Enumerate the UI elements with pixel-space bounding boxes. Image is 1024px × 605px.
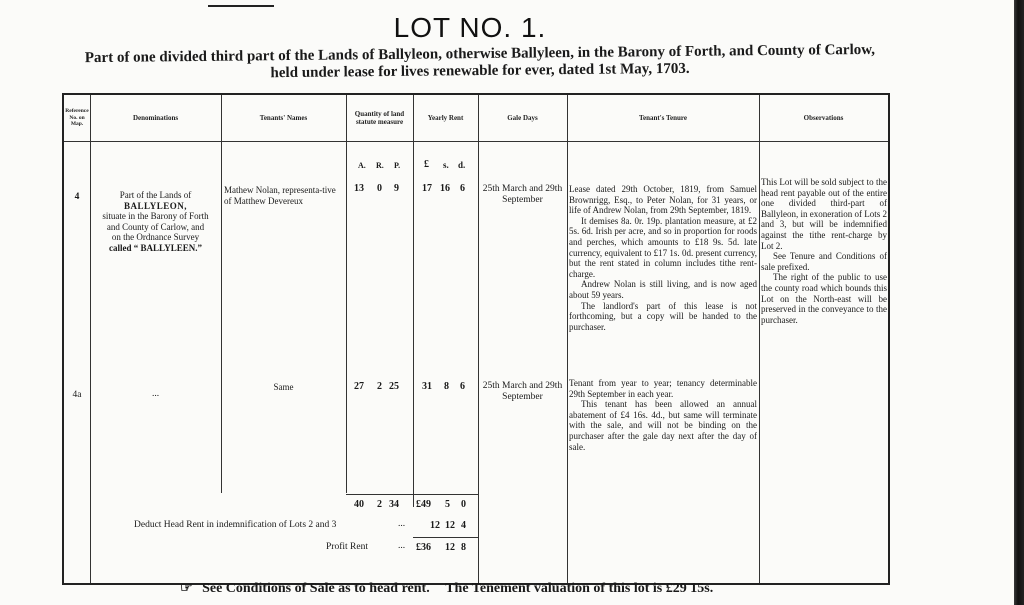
row2-rent-pounds: 31 xyxy=(422,381,432,392)
deduct-label: Deduct Head Rent in indemnification of L… xyxy=(134,520,336,531)
top-rule xyxy=(208,5,274,7)
header-gale: Gale Days xyxy=(478,95,567,141)
deduct-rent-shillings: 12 xyxy=(445,520,455,531)
profit-dots: ... xyxy=(398,541,405,552)
col-divider xyxy=(90,95,91,583)
header-tenure: Tenant's Tenure xyxy=(567,95,759,141)
lot-subtitle: Part of one divided third part of the La… xyxy=(40,41,920,84)
denomination-line: on the Ordnance Survey xyxy=(90,232,221,243)
lot-table: Reference No. on Map. Denominations Tena… xyxy=(62,93,890,585)
tenure-paragraph: This tenant has been allowed an annual a… xyxy=(569,399,757,452)
header-rent: Yearly Rent xyxy=(413,95,478,141)
total-perches: 34 xyxy=(389,499,399,510)
header-quantity: Quantity of land statute measure xyxy=(346,95,413,141)
profit-rent-pence: 8 xyxy=(461,542,466,553)
deduct-rent-pounds: 12 xyxy=(430,520,440,531)
row2-tenant: Same xyxy=(221,382,346,393)
profit-rule xyxy=(413,537,478,538)
row2-perches: 25 xyxy=(389,381,399,392)
total-rent-pounds: £49 xyxy=(416,499,431,510)
row1-perches: 9 xyxy=(394,183,399,194)
observation-paragraph: The right of the public to use the count… xyxy=(761,272,887,325)
row1-ref: 4 xyxy=(64,192,90,203)
header-tenants: Tenants' Names xyxy=(221,95,346,141)
footer-valuation-text: The Tenement valuation of this lot is £2… xyxy=(445,581,713,596)
row2-tenure: Tenant from year to year; tenancy determ… xyxy=(569,378,757,452)
header-denominations: Denominations xyxy=(90,95,221,141)
profit-label: Profit Rent xyxy=(326,542,368,553)
lot-title: LOT NO. 1. xyxy=(0,12,940,44)
profit-rent-pounds: £36 xyxy=(416,542,431,553)
tenure-paragraph: Tenant from year to year; tenancy determ… xyxy=(569,378,757,399)
total-roods: 2 xyxy=(377,499,382,510)
observation-paragraph: See Tenure and Conditions of sale prefix… xyxy=(761,251,887,272)
profit-rent-shillings: 12 xyxy=(445,542,455,553)
totals-rule xyxy=(346,494,478,495)
row2-roods: 2 xyxy=(377,381,382,392)
denomination-name: BALLYLEON, xyxy=(90,201,221,212)
denomination-line: and County of Carlow, and xyxy=(90,222,221,233)
row2-gale-days: 25th March and 29th September xyxy=(480,381,565,403)
col-divider xyxy=(413,95,414,507)
unit-shillings: s. xyxy=(443,160,449,170)
row1-denomination: Part of the Lands of BALLYLEON, situate … xyxy=(90,190,221,253)
col-divider xyxy=(221,95,222,493)
row2-ref: 4a xyxy=(64,390,90,401)
footer-note: ☞ See Conditions of Sale as to head rent… xyxy=(180,580,713,597)
tenure-paragraph: Lease dated 29th October, 1819, from Sam… xyxy=(569,184,757,216)
row1-tenant: Mathew Nolan, representa-tive of Matthew… xyxy=(224,185,344,207)
total-rent-pence: 0 xyxy=(461,499,466,510)
scanned-page-edge xyxy=(1014,0,1024,605)
unit-pound: £ xyxy=(424,159,429,170)
total-rent-shillings: 5 xyxy=(445,499,450,510)
total-acres: 40 xyxy=(354,499,364,510)
row2-rent-pence: 6 xyxy=(460,381,465,392)
tenure-paragraph: Andrew Nolan is still living, and is now… xyxy=(569,279,757,300)
unit-acres: A. xyxy=(358,161,366,170)
header-observations: Observations xyxy=(759,95,888,141)
row1-observations: This Lot will be sold subject to the hea… xyxy=(761,177,887,325)
unit-roods: R. xyxy=(376,161,384,170)
row1-rent-pounds: 17 xyxy=(422,183,432,194)
tenure-paragraph: It demises 8a. 0r. 19p. plantation measu… xyxy=(569,216,757,280)
row2-denomination: ... xyxy=(90,389,221,400)
deduct-dots: ... xyxy=(398,519,405,530)
row1-acres: 13 xyxy=(354,183,364,194)
tenure-paragraph: The landlord's part of this lease is not… xyxy=(569,301,757,333)
row1-rent-pence: 6 xyxy=(460,183,465,194)
header-divider xyxy=(64,141,888,142)
denomination-line: Part of the Lands of xyxy=(90,190,221,201)
col-divider xyxy=(567,95,568,583)
deduct-rent-pence: 4 xyxy=(461,520,466,531)
footer-conditions-text: See Conditions of Sale as to head rent. xyxy=(202,581,430,596)
row1-rent-shillings: 16 xyxy=(440,183,450,194)
col-divider xyxy=(478,95,479,583)
header-ref: Reference No. on Map. xyxy=(64,95,90,141)
row1-gale-days: 25th March and 29th September xyxy=(480,184,565,206)
row2-rent-shillings: 8 xyxy=(444,381,449,392)
unit-perches: P. xyxy=(394,161,400,170)
col-divider xyxy=(759,95,760,583)
row2-acres: 27 xyxy=(354,381,364,392)
pointing-hand-icon: ☞ xyxy=(180,580,193,597)
row1-tenure: Lease dated 29th October, 1819, from Sam… xyxy=(569,184,757,332)
row1-roods: 0 xyxy=(377,183,382,194)
denomination-line: situate in the Barony of Forth xyxy=(90,211,221,222)
unit-pence: d. xyxy=(458,160,465,170)
col-divider xyxy=(346,95,347,493)
observation-paragraph: This Lot will be sold subject to the hea… xyxy=(761,177,887,251)
denomination-line: called “ BALLYLEEN.” xyxy=(90,243,221,254)
